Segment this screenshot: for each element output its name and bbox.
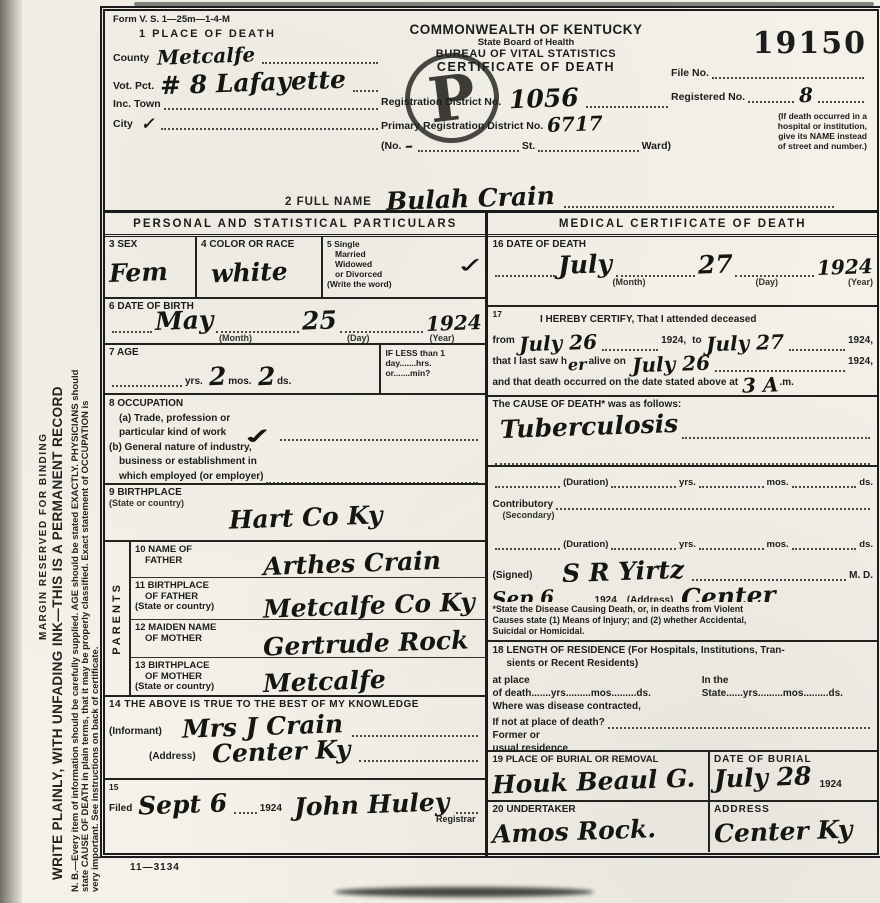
age-months-value-handwritten: 2: [208, 364, 226, 390]
city-label: City: [113, 118, 133, 130]
date-of-death-label: 16 DATE OF DEATH: [492, 239, 873, 250]
certificate-body: PERSONAL AND STATISTICAL PARTICULARS 3 S…: [105, 213, 877, 858]
length-of-residence-section: 18 LENGTH OF RESIDENCE (For Hospitals, I…: [488, 642, 877, 752]
if-less-line2: day.......hrs.: [385, 358, 481, 368]
cause-of-death-section: The CAUSE OF DEATH* was as follows: Tube…: [488, 397, 877, 467]
scan-artifact-top: [134, 2, 874, 6]
duration-mos-secondary: mos.: [767, 539, 789, 550]
city-row: City ✓: [113, 116, 381, 130]
filed-section: 15 Filed Sept 6 1924 John Huley Registra…: [105, 780, 485, 852]
marital-write-word-caption: (Write the word): [327, 279, 465, 289]
if-less-than-day-cell: IF LESS than 1 day.......hrs. or.......m…: [379, 345, 485, 393]
registered-number-row: Registered No. 8: [671, 85, 867, 103]
death-month-handwritten: July: [558, 251, 613, 278]
informant-label: (Informant): [109, 726, 162, 737]
md-caption: M. D.: [849, 570, 873, 581]
hospital-note-line2: hospital or institution,: [671, 121, 867, 131]
occupation-b-line2: business or establishment in: [119, 455, 481, 470]
occupation-b-dotted-line: [266, 476, 478, 485]
birthplace-state-caption: (State or country): [109, 498, 229, 508]
footnote-line1: *State the Disease Causing Death, or, in…: [492, 604, 873, 615]
undertaker-row: 20 UNDERTAKER Amos Rock. ADDRESS Center …: [488, 802, 877, 852]
occupation-b-line3: which employed (or employer): [119, 470, 263, 485]
scan-artifact-bottom: [334, 887, 594, 897]
death-month-caption: (Month): [612, 277, 645, 287]
cause-of-death-label: The CAUSE OF DEATH* was as follows:: [492, 399, 873, 410]
filed-year: 1924: [260, 803, 282, 814]
margin-write-plainly-note: WRITE PLAINLY, WITH UNFADING INK—THIS IS…: [50, 386, 65, 880]
duration-yrs-secondary: yrs.: [679, 539, 696, 550]
death-day-handwritten: 27: [697, 251, 733, 277]
bureau-subtitle: BUREAU OF VITAL STATISTICS: [381, 48, 671, 60]
place-of-death-heading: 1 PLACE OF DEATH: [139, 28, 381, 40]
attended-from-label: from: [492, 330, 514, 351]
personal-particulars-title: PERSONAL AND STATISTICAL PARTICULARS: [105, 213, 485, 237]
attended-to-label: to: [692, 330, 701, 351]
scanned-paper: MARGIN RESERVED FOR BINDING WRITE PLAINL…: [14, 0, 880, 903]
filed-label: Filed: [109, 803, 132, 814]
cause-dotted-line1: [682, 425, 870, 439]
duration-caption-primary: (Duration): [563, 477, 608, 488]
precinct-dotted-line: [353, 83, 378, 92]
full-name-label: 2 FULL NAME: [285, 196, 372, 208]
birth-month-caption: (Month): [219, 333, 252, 343]
burial-row: 19 PLACE OF BURIAL OR REMOVAL Houk Beaul…: [488, 752, 877, 802]
signed-address-label: (Address): [627, 595, 674, 602]
inc-town-dotted-line: [164, 101, 378, 110]
sex-label: 3 SEX: [109, 239, 191, 250]
undertaker-value-handwritten: Amos Rock.: [492, 816, 657, 847]
mother-name-label-line1: 12 MAIDEN NAME: [135, 623, 263, 634]
former-line2: usual residence: [492, 742, 568, 752]
birth-day-caption: (Day): [347, 333, 370, 343]
hospital-note-line4: of street and number.): [671, 141, 867, 151]
marital-option-divorced: or Divorced: [335, 269, 465, 279]
registered-number-dotted-line-b: [818, 94, 864, 103]
secondary-caption: (Secondary): [502, 510, 873, 520]
form-number: Form V. S. 1—25m—1-4-M: [113, 14, 381, 25]
father-birthplace-row: 11 BIRTHPLACE OF FATHER (State or countr…: [131, 578, 485, 620]
parents-section: PARENTS 10 NAME OF FATHER Arthes Crain: [105, 542, 485, 697]
birthplace-label: 9 BIRTHPLACE: [109, 487, 229, 498]
at-place-line1: at place: [492, 674, 701, 687]
mother-birthplace-row: 13 BIRTHPLACE OF MOTHER (State or countr…: [131, 658, 485, 695]
father-name-row: 10 NAME OF FATHER Arthes Crain: [131, 542, 485, 578]
death-time-handwritten: 3 A: [742, 374, 779, 395]
age-label: 7 AGE: [109, 347, 375, 358]
mother-birthplace-label-line1: 13 BIRTHPLACE: [135, 661, 263, 672]
registrar-signature-handwritten: John Huley: [294, 789, 450, 819]
contributory-dotted-line: [556, 502, 870, 511]
certificate-number: 19150: [671, 26, 867, 61]
registration-district-value-handwritten: 1056: [509, 85, 579, 112]
signed-row: (Signed) S R Yirtz M. D.: [488, 557, 877, 582]
full-name-value-handwritten: Bulah Crain: [385, 183, 555, 214]
marital-option-single: 5 Single: [327, 239, 465, 249]
place-of-death-block: Form V. S. 1—25m—1-4-M 1 PLACE OF DEATH …: [113, 14, 381, 177]
undertaker-address-cell: ADDRESS Center Ky: [710, 802, 877, 852]
age-months-caption: mos.: [228, 376, 251, 387]
marital-option-widowed: Widowed: [335, 259, 465, 269]
hospital-note-line3: give its NAME instead: [671, 131, 867, 141]
certify-item-number: 17: [492, 309, 501, 319]
certify-statement: I HEREBY CERTIFY, That I attended deceas…: [540, 309, 757, 330]
father-name-value-handwritten: Arthes Crain: [263, 548, 442, 579]
informant-address-dotted-line: [359, 748, 478, 762]
age-days-caption: ds.: [277, 376, 291, 387]
precinct-value-handwritten: # 8 Lafayette: [160, 67, 347, 98]
in-the-line1: In the: [702, 674, 843, 687]
attended-from-value-handwritten: July 26: [518, 332, 597, 355]
undertaker-label: 20 UNDERTAKER: [492, 804, 703, 815]
certify-section: 17 I HEREBY CERTIFY, That I attended dec…: [488, 307, 877, 397]
duration-row-secondary: (Duration) yrs. mos. ds.: [488, 537, 877, 557]
registration-district-dotted-line: [586, 99, 668, 108]
signed-year: 1924: [595, 595, 617, 602]
county-value-handwritten: Metcalfe: [157, 44, 256, 67]
age-years-caption: yrs.: [185, 376, 203, 387]
parents-vertical-label-cell: PARENTS: [105, 542, 131, 695]
marital-status-cell: 5 Single Married Widowed or Divorced (Wr…: [323, 237, 485, 297]
occupation-row: 8 OCCUPATION (a) Trade, profession or pa…: [105, 395, 485, 485]
cause-footnote: *State the Disease Causing Death, or, in…: [488, 602, 877, 642]
precinct-label: Vot. Pct.: [113, 80, 154, 92]
color-race-label: 4 COLOR OR RACE: [201, 239, 317, 250]
signed-date-handwritten: Sep 6: [492, 587, 555, 602]
signed-dotted-line: [692, 573, 847, 582]
primary-district-value-handwritten: 6717: [547, 113, 603, 135]
certificate-header: Form V. S. 1—25m—1-4-M 1 PLACE OF DEATH …: [105, 11, 877, 177]
occupation-a-checkmark-handwritten: ✓: [241, 429, 276, 446]
duration-row-primary: (Duration) yrs. mos. ds.: [488, 467, 877, 497]
scan-edge-left: [0, 0, 22, 903]
birth-day-handwritten: 25: [302, 307, 338, 333]
registered-number-label: Registered No.: [671, 91, 745, 103]
street-number-mark-handwritten: –: [405, 138, 414, 154]
hospital-note-line1: (If death occurred in a: [671, 111, 867, 121]
former-line1: Former or: [492, 729, 873, 742]
residence-label-line2: sients or Recent Residents): [506, 657, 873, 670]
informant-dotted-line: [352, 723, 479, 737]
father-name-label-line2: FATHER: [145, 556, 263, 567]
county-row: County Metcalfe: [113, 46, 381, 64]
contributory-label: Contributory: [492, 499, 553, 510]
residence-label-line1: 18 LENGTH OF RESIDENCE (For Hospitals, I…: [492, 644, 873, 657]
duration-ds-secondary: ds.: [859, 539, 873, 550]
inc-town-label: Inc. Town: [113, 98, 161, 110]
footnote-line3: Suicidal or Homicidal.: [492, 626, 873, 637]
mother-birthplace-caption: (State or country): [135, 682, 263, 693]
cause-dotted-line2: [495, 451, 870, 465]
last-seen-value-handwritten: July 26: [631, 353, 710, 376]
registered-number-value-handwritten: 8: [799, 85, 814, 105]
color-race-value-handwritten: white: [211, 259, 288, 287]
undertaker-address-value-handwritten: Center Ky: [714, 817, 853, 847]
file-number-dotted-line: [712, 70, 864, 79]
city-value-handwritten: ✓: [141, 116, 155, 132]
informant-section: 14 THE ABOVE IS TRUE TO THE BEST OF MY K…: [105, 697, 485, 780]
county-label: County: [113, 52, 149, 64]
inc-town-row: Inc. Town: [113, 98, 381, 110]
mother-birthplace-value-handwritten: Metcalfe: [263, 667, 387, 696]
birthplace-row: 9 BIRTHPLACE (State or country) Hart Co …: [105, 485, 485, 542]
signed-date-row: Sep 6 1924 (Address) Center: [488, 582, 877, 602]
birth-month-handwritten: May: [155, 307, 214, 334]
full-name-dotted-line: [564, 194, 834, 208]
marital-option-married: Married: [335, 249, 465, 259]
street-label: St.: [522, 140, 535, 152]
occupation-a-line1: (a) Trade, profession or: [119, 412, 481, 427]
certificate-frame: Form V. S. 1—25m—1-4-M 1 PLACE OF DEATH …: [100, 6, 880, 858]
death-year-handwritten: 1924: [817, 256, 873, 278]
age-days-value-handwritten: 2: [257, 364, 275, 390]
sex-race-marital-row: 3 SEX Fem 4 COLOR OR RACE white 5 Single…: [105, 237, 485, 299]
commonwealth-title: COMMONWEALTH OF KENTUCKY: [381, 22, 671, 37]
father-birthplace-value-handwritten: Metcalfe Co Ky: [263, 589, 476, 621]
if-not-label: If not at place of death?: [492, 716, 604, 729]
in-the-line2: State......yrs.........mos.........ds.: [702, 687, 843, 700]
undertaker-address-label: ADDRESS: [714, 804, 873, 815]
footnote-line2: Causes state (1) Means of Injury; and (2…: [492, 615, 873, 626]
registration-numbers-block: 19150 File No. Registered No. 8 (If deat…: [671, 14, 871, 177]
place-of-burial-cell: 19 PLACE OF BURIAL OR REMOVAL Houk Beaul…: [488, 752, 709, 800]
mother-maiden-name-row: 12 MAIDEN NAME OF MOTHER Gertrude Rock: [131, 620, 485, 658]
father-birthplace-label-line1: 11 BIRTHPLACE: [135, 581, 263, 592]
informant-address-label: (Address): [149, 751, 196, 762]
birthplace-value-handwritten: Hart Co Ky: [228, 502, 383, 540]
mother-name-label-line2: OF MOTHER: [145, 634, 263, 645]
filed-date-handwritten: Sept 6: [138, 790, 228, 818]
date-of-burial-year: 1924: [819, 779, 841, 790]
sex-cell: 3 SEX Fem: [105, 237, 197, 297]
parents-vertical-label: PARENTS: [111, 582, 123, 655]
street-ward-row: (No. – St. Ward): [381, 138, 671, 152]
contributory-row: Contributory (Secondary): [488, 497, 877, 537]
occupation-label: 8 OCCUPATION: [109, 397, 481, 412]
date-of-birth-row: 6 DATE OF BIRTH May 25 1924 (Month) (Day…: [105, 299, 485, 345]
occupation-a-dotted-line: [280, 432, 478, 441]
if-less-line1: IF LESS than 1: [385, 348, 481, 358]
death-day-caption: (Day): [755, 277, 778, 287]
duration-ds-primary: ds.: [859, 477, 873, 488]
street-dotted-line: [538, 143, 638, 152]
last-seen-year: 1924,: [848, 351, 873, 372]
color-race-cell: 4 COLOR OR RACE white: [197, 237, 323, 297]
file-number-label: File No.: [671, 67, 709, 79]
if-less-line3: or.......min?: [385, 368, 481, 378]
duration-caption-secondary: (Duration): [563, 539, 608, 550]
ward-label: Ward): [642, 140, 671, 152]
occupation-b-line1: (b) General nature of industry,: [109, 441, 481, 456]
father-birthplace-caption: (State or country): [135, 602, 263, 613]
signed-address-value-handwritten: Center: [681, 582, 776, 602]
duration-yrs-primary: yrs.: [679, 477, 696, 488]
duration-mos-primary: mos.: [767, 477, 789, 488]
alive-on-text: alive on: [589, 351, 626, 372]
death-occurred-text: and that death occurred on the date stat…: [492, 372, 738, 393]
medical-certificate-title: MEDICAL CERTIFICATE OF DEATH: [488, 213, 877, 237]
informant-address-value-handwritten: Center Ky: [211, 737, 350, 767]
registrar-dotted-line: [456, 800, 478, 814]
form-code: 11—3134: [130, 862, 180, 873]
cause-of-death-value-handwritten: Tuberculosis: [500, 411, 679, 442]
margin-binding-note: MARGIN RESERVED FOR BINDING: [38, 432, 49, 640]
date-of-burial-value-handwritten: July 28: [714, 763, 812, 791]
full-name-row: 2 FULL NAME Bulah Crain: [105, 177, 877, 213]
undertaker-cell: 20 UNDERTAKER Amos Rock.: [488, 802, 709, 852]
city-dotted-line: [161, 121, 378, 130]
knowledge-statement: 14 THE ABOVE IS TRUE TO THE BEST OF MY K…: [109, 699, 481, 710]
signed-label: (Signed): [492, 570, 532, 581]
physician-signature-handwritten: S R Yirtz: [562, 557, 685, 582]
sex-value-handwritten: Fem: [109, 259, 169, 286]
occupation-a-line2: particular kind of work: [119, 426, 226, 441]
if-not-dotted-line: [608, 721, 870, 730]
her-handwritten: er: [568, 357, 587, 374]
p-stamp-letter: P: [424, 59, 479, 137]
street-number-dotted-line: [418, 143, 518, 152]
mother-name-value-handwritten: Gertrude Rock: [263, 627, 469, 659]
county-dotted-line: [262, 55, 378, 64]
father-name-label-line1: 10 NAME OF: [135, 545, 263, 556]
age-row: 7 AGE yrs. 2 mos. 2 ds. IF LESS than 1 d…: [105, 345, 485, 395]
date-of-death-row: 16 DATE OF DEATH July 27 1924 (Month) (D…: [488, 237, 877, 307]
registered-number-dotted-line-a: [748, 94, 794, 103]
file-number-row: File No.: [671, 67, 867, 79]
attended-from-year: 1924,: [661, 330, 686, 351]
birth-year-handwritten: 1924: [425, 312, 481, 334]
attended-to-value-handwritten: July 27: [705, 332, 784, 355]
attended-to-year: 1924,: [848, 330, 873, 351]
death-time-caption: .m.: [780, 372, 794, 393]
medical-certificate-column: MEDICAL CERTIFICATE OF DEATH 16 DATE OF …: [488, 213, 877, 858]
at-place-line2: of death.......yrs.........mos.........d…: [492, 687, 701, 700]
personal-particulars-column: PERSONAL AND STATISTICAL PARTICULARS 3 S…: [105, 213, 488, 858]
street-number-label: (No.: [381, 140, 401, 152]
precinct-row: Vot. Pct. # 8 Lafayette: [113, 70, 381, 92]
date-of-burial-cell: DATE OF BURIAL July 28 1924: [710, 752, 877, 800]
where-contracted-text: Where was disease contracted,: [492, 700, 873, 713]
place-of-burial-value-handwritten: Houk Beaul G.: [492, 765, 696, 797]
board-of-health-subtitle: State Board of Health: [381, 37, 671, 48]
hospital-instruction-note: (If death occurred in a hospital or inst…: [671, 111, 867, 151]
